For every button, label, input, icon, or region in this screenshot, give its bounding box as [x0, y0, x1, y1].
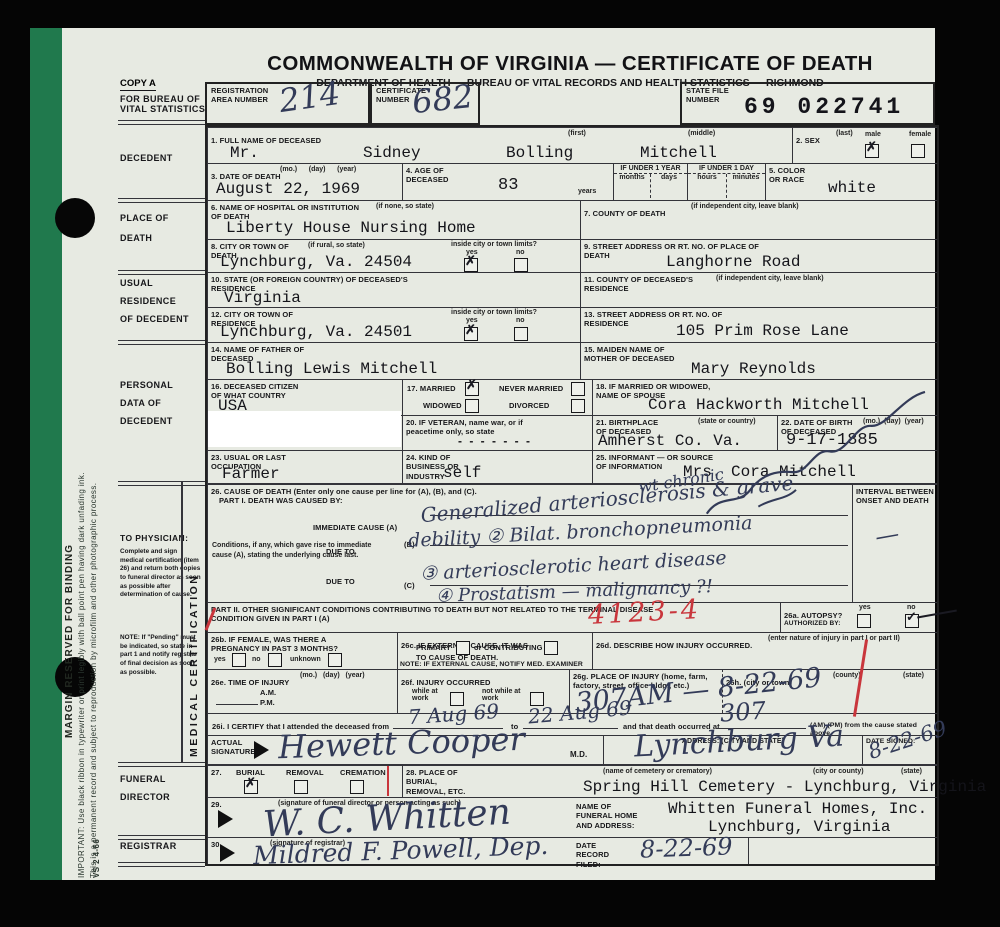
page-title: COMMONWEALTH OF VIRGINIA — CERTIFICATE O… [205, 52, 935, 76]
form-code: VS 2 4-66 [92, 798, 101, 878]
injury-state-hint: (state) [903, 672, 924, 679]
color-value: white [828, 179, 876, 197]
street-residence-value: 105 Prim Rose Lane [676, 322, 849, 340]
handwritten-registrar-signature: Mildred F. Powell, Dep. [253, 831, 549, 870]
city-residence-value: Lynchburg, Va. 24501 [220, 323, 412, 341]
name-title: Mr. [230, 144, 259, 162]
copy-sub-2: VITAL STATISTICS [120, 104, 205, 114]
married-checkbox: ✗ [465, 382, 479, 396]
md-label: M.D. [570, 750, 587, 760]
autopsy-yes-checkbox [857, 614, 871, 628]
time-blank-line [216, 704, 258, 705]
removal-checkbox [294, 780, 308, 794]
hours-label: hours [688, 174, 727, 198]
field-color-or-race: 5. COLOR OR RACE white [765, 163, 937, 200]
field-father: 14. NAME OF FATHER OF DECEASED Bolling L… [207, 342, 580, 379]
months-label: months [614, 174, 651, 198]
field-marital-status: 17. MARRIED ✗ NEVER MARRIED WIDOWED DIVO… [402, 379, 592, 415]
hospital-hint: (if none, so state) [376, 203, 434, 210]
primary-label: PRIMARY [416, 643, 451, 652]
margin-important-note: IMPORTANT: Use black ribbon in typewrite… [77, 88, 86, 878]
field-city-residence: 12. CITY OR TOWN OF RESIDENCE inside cit… [207, 307, 580, 342]
cremation-label: CREMATION [340, 768, 386, 777]
immediate-cause-label: IMMEDIATE CAUSE (A) [313, 523, 397, 532]
field-veteran: 20. IF VETERAN, name war, or if peacetim… [402, 415, 592, 450]
state-residence-value: Virginia [224, 289, 301, 307]
field-state-residence: 10. STATE (OR FOREIGN COUNTRY) OF DECEAS… [207, 272, 580, 307]
section-label-usual-3: OF DECEDENT [120, 314, 189, 324]
copy-label: COPY A [120, 78, 156, 91]
x-mark: ✗ [245, 776, 256, 789]
section-label-personal-3: DECEDENT [120, 416, 173, 426]
handwritten-interval-mark: — [873, 519, 901, 551]
handwritten-date-filed: 8-22-69 [640, 832, 733, 863]
removal-label: REMOVAL [286, 768, 324, 777]
field-occupation: 23. USUAL OR LAST OCCUPATION Farmer [207, 450, 402, 483]
field-registrar: 30. (signature of registrar) Mildred F. … [207, 837, 748, 864]
section-label-place-2: DEATH [120, 233, 152, 243]
mother-label: 15. MAIDEN NAME OF MOTHER OF DECEASED [584, 345, 694, 364]
city-of-death-hint: (if rural, so state) [308, 242, 365, 249]
full-name-label: 1. FULL NAME OF DECEASED [211, 136, 321, 145]
injury-county-hint: (county) [833, 672, 861, 679]
limits-question: inside city or town limits? [451, 241, 537, 248]
county-of-death-label: 7. COUNTY OF DEATH [584, 209, 666, 218]
sex-female-checkbox [911, 144, 925, 158]
state-file-label: STATE FILE NUMBER [686, 86, 736, 105]
pregnancy-label: 26b. IF FEMALE, WAS THERE A PREGNANCY IN… [211, 635, 376, 654]
medical-certification-band: MEDICAL CERTIFICATION [181, 481, 205, 762]
copy-sub-1: FOR BUREAU OF [120, 94, 200, 104]
widowed-label: WIDOWED [423, 401, 462, 410]
limits-yes-checkbox-2: ✗ [464, 327, 478, 341]
field-pregnancy: 26b. IF FEMALE, WAS THERE A PREGNANCY IN… [207, 632, 397, 669]
time-of-injury-hint: (mo.) (day) (year) [300, 672, 365, 679]
autopsy-yes-label: yes [859, 604, 871, 611]
x-mark: ✗ [866, 140, 877, 153]
name-first: Sidney [363, 144, 421, 162]
funeral-home-line2: Lynchburg, Virginia [708, 818, 890, 836]
street-of-death-value: Langhorne Road [666, 253, 800, 271]
field-full-name: 1. FULL NAME OF DECEASED (first) (middle… [207, 127, 792, 163]
field-physician-signature: ACTUAL SIGNATURE Hewett Cooper M.D. [207, 735, 603, 764]
field-time-of-injury: 26e. TIME OF INJURY (mo.) (day) (year) A… [207, 669, 397, 713]
sex-female-label: female [909, 131, 931, 138]
authorized-by-label: AUTHORIZED BY: [784, 620, 841, 628]
pregnancy-no-checkbox [268, 653, 282, 667]
injury-occurred-label: 26f. INJURY OCCURRED [401, 678, 491, 687]
field-hospital: 6. NAME OF HOSPITAL OR INSTITUTION OF DE… [207, 200, 580, 239]
field-external-cause: 26c. IF EXTERNAL CAUSE, IT WAS PRIMARY o… [397, 632, 592, 669]
field-registrar-blank [748, 837, 937, 864]
date-of-death-value: August 22, 1969 [216, 180, 360, 198]
city-of-death-value: Lynchburg, Va. 24504 [220, 253, 412, 271]
x-mark: ✗ [465, 323, 476, 336]
limits-yes-checkbox: ✗ [464, 258, 478, 272]
field-how-injury: 26d. DESCRIBE HOW INJURY OCCURRED. (ente… [592, 632, 937, 669]
sex-male-checkbox: ✗ [865, 144, 879, 158]
limits-no-label-2: no [516, 317, 525, 324]
item-27-number: 27. [211, 768, 222, 777]
sex-male-label: male [865, 131, 881, 138]
x-mark: ✗ [465, 254, 476, 267]
divider [118, 835, 205, 840]
under-1-day-label: IF UNDER 1 DAY [688, 164, 765, 174]
field-citizen: 16. DECEASED CITIZEN OF WHAT COUNTRY USA [207, 379, 402, 415]
cemetery-hint: (name of cemetery or crematory) [603, 768, 712, 775]
date-hints: (mo.) (day) (year) [280, 166, 356, 173]
pregnancy-yes-label: yes [214, 656, 226, 663]
pm-label: P.M. [260, 698, 275, 707]
field-interval: INTERVAL BETWEEN ONSET AND DEATH — [852, 483, 937, 602]
divorced-checkbox [571, 399, 585, 413]
actual-signature-label: ACTUAL SIGNATURE [211, 738, 253, 757]
field-under-1-day: IF UNDER 1 DAY hours minutes [687, 163, 765, 200]
funeral-signature-arrow-icon [218, 810, 233, 828]
state-file-value: 69 022741 [744, 94, 904, 120]
field-part2: PART II. OTHER SIGNIFICANT CONDITIONS CO… [207, 602, 780, 632]
never-married-label: NEVER MARRIED [499, 384, 563, 393]
section-label-usual-1: USUAL [120, 278, 153, 288]
section-label-place-1: PLACE OF [120, 213, 169, 223]
days-label: days [651, 174, 687, 198]
section-label-usual-2: RESIDENCE [120, 296, 176, 306]
occupation-value: Farmer [222, 465, 280, 483]
field-county-residence: 11. COUNTY OF DECEASED'S RESIDENCE (if i… [580, 272, 937, 307]
mother-value: Mary Reynolds [691, 360, 816, 378]
hint-middle: (middle) [688, 130, 715, 137]
section-label-personal-1: PERSONAL [120, 380, 173, 390]
section-label-personal-2: DATA OF [120, 398, 161, 408]
due-to-label-2: DUE TO [326, 577, 355, 586]
check-mark: ✓ [906, 610, 917, 623]
how-injury-label: 26d. DESCRIBE HOW INJURY OCCURRED. [596, 641, 752, 650]
age-years-label: years [578, 188, 596, 195]
field-business: 24. KIND OF BUSINESS OR INDUSTRY self [402, 450, 592, 483]
minutes-label: minutes [727, 174, 765, 198]
margin-permanent-note: This is a permanent record and subject t… [89, 88, 98, 878]
limits-question-2: inside city or town limits? [451, 309, 537, 316]
pregnancy-yes-checkbox [232, 653, 246, 667]
time-of-injury-label: 26e. TIME OF INJURY [211, 678, 289, 687]
to-line [523, 728, 618, 729]
divider [118, 270, 205, 275]
am-label: A.M. [260, 688, 276, 697]
divider [118, 198, 205, 203]
field-city-of-death: 8. CITY OR TOWN OF DEATH (if rural, so s… [207, 239, 580, 272]
name-last: Mitchell [640, 144, 717, 162]
cremation-checkbox [350, 780, 364, 794]
section-label-funeral-2: DIRECTOR [120, 792, 170, 802]
age-value: 83 [498, 176, 518, 195]
registrar-signature-arrow-icon [220, 844, 235, 862]
registration-area-box: REGISTRATION AREA NUMBER 214 [205, 82, 370, 125]
field-sex: 2. SEX male female ✗ [792, 127, 937, 163]
date-filed-label: DATE RECORD FILED: [576, 841, 631, 869]
item-29-number: 29. [211, 800, 222, 809]
widowed-checkbox [465, 399, 479, 413]
divider [118, 762, 205, 767]
contributing-label: or CONTRIBUTING [474, 643, 543, 652]
field-under-1-year: IF UNDER 1 YEAR months days [613, 163, 687, 200]
conditions-note: Conditions, if any, which gave rise to i… [212, 541, 392, 561]
divider [118, 340, 205, 345]
field-funeral-director: 29. (signature of funeral director or pe… [207, 797, 937, 837]
pen-tail-stroke [917, 610, 957, 619]
business-value: self [443, 464, 481, 482]
city-county-hint: (city or county) [813, 768, 864, 775]
registration-area-value: 214 [277, 74, 343, 120]
field-county-of-death: 7. COUNTY OF DEATH (if independent city,… [580, 200, 937, 239]
green-binding-strip [30, 28, 62, 880]
state-hint: (state) [901, 768, 922, 775]
margin-band-text: MARGIN RESERVED FOR BINDING [64, 468, 75, 738]
pregnancy-unknown-checkbox [328, 653, 342, 667]
field-autopsy: 26a. AUTOPSY? yes no ✓ AUTHORIZED BY: [780, 602, 937, 632]
county-residence-label: 11. COUNTY OF DECEASED'S RESIDENCE [584, 275, 704, 294]
field-date-of-death: 3. DATE OF DEATH (mo.) (day) (year) Augu… [207, 163, 402, 200]
certificate-paper: MARGIN RESERVED FOR BINDING IMPORTANT: U… [30, 28, 935, 880]
section-label-funeral-1: FUNERAL [120, 774, 166, 784]
pregnancy-no-label: no [252, 656, 261, 663]
red-pen-line [387, 766, 389, 796]
state-file-number-box: STATE FILE NUMBER 69 022741 [680, 82, 935, 125]
county-residence-hint: (if independent city, leave blank) [716, 275, 824, 282]
certificate-number-value: 682 [410, 77, 475, 121]
field-mother: 15. MAIDEN NAME OF MOTHER OF DECEASED Ma… [580, 342, 937, 379]
handwritten-physician-signature: Hewett Cooper [277, 720, 525, 767]
father-value: Bolling Lewis Mitchell [226, 360, 437, 378]
signature-arrow-icon [254, 741, 269, 759]
place-of-burial-label: 28. PLACE OF BURIAL, REMOVAL, ETC. [406, 768, 476, 796]
how-injury-hint: (enter nature of injury in part I or par… [768, 635, 900, 642]
contributing-checkbox [544, 641, 558, 655]
limits-no-checkbox [514, 258, 528, 272]
limits-no-checkbox-2 [514, 327, 528, 341]
x-mark: ✗ [466, 378, 477, 391]
color-label: 5. COLOR OR RACE [769, 166, 814, 185]
under-1-year-label: IF UNDER 1 YEAR [614, 164, 687, 174]
c-label: (C) [404, 581, 415, 590]
county-of-death-hint: (if independent city, leave blank) [691, 203, 799, 210]
medical-certification-label: MEDICAL CERTIFICATION [188, 487, 200, 757]
name-middle: Bolling [506, 144, 573, 162]
handwritten-code-red: 4123-4 [587, 594, 701, 631]
field-age: 4. AGE OF DECEASED 83 years [402, 163, 613, 200]
limits-no-label: no [516, 249, 525, 256]
while-at-work-label: while at work [412, 688, 446, 702]
autopsy-label: 26a. AUTOPSY? [784, 611, 842, 620]
certificate-number-box: CERTIFICATE NUMBER 682 [370, 82, 480, 125]
field-disposition: 27. BURIAL REMOVAL CREMATION ✗ [207, 764, 402, 797]
veteran-value: - - - - - - - [458, 434, 532, 448]
sex-label: 2. SEX [796, 136, 820, 145]
hint-first: (first) [568, 130, 586, 137]
never-married-checkbox [571, 382, 585, 396]
married-label: 17. MARRIED [407, 384, 456, 393]
field-street-residence: 13. STREET ADDRESS OR RT. NO. OF RESIDEN… [580, 307, 937, 342]
redaction-box [208, 411, 401, 447]
field-date-signed: DATE SIGNED: 8-22-69 [862, 735, 937, 764]
section-label-decedent: DECEDENT [120, 153, 173, 163]
divider [118, 120, 205, 125]
hospital-value: Liberty House Nursing Home [226, 219, 476, 237]
scanned-death-certificate: MARGIN RESERVED FOR BINDING IMPORTANT: U… [0, 0, 1000, 927]
to-physician-title: TO PHYSICIAN: [120, 533, 188, 543]
burial-checkbox: ✗ [244, 780, 258, 794]
place-of-burial-value: Spring Hill Cemetery - Lynchburg, Virgin… [583, 778, 986, 796]
divorced-label: DIVORCED [509, 401, 549, 410]
section-label-registrar: REGISTRAR [120, 841, 177, 851]
pregnancy-unknown-label: unknown [290, 656, 321, 663]
age-label: 4. AGE OF DECEASED [406, 166, 454, 185]
field-street-of-death: 9. STREET ADDRESS OR RT. NO. OF PLACE OF… [580, 239, 937, 272]
divider [118, 862, 205, 867]
funeral-home-line1: Whitten Funeral Homes, Inc. [668, 800, 927, 818]
registration-area-label: REGISTRATION AREA NUMBER [211, 86, 281, 105]
field-physician-address: ADDRESS: (CITY AND STATE) Lynchburg Va [603, 735, 862, 764]
funeral-home-label: NAME OF FUNERAL HOME AND ADDRESS: [576, 802, 638, 830]
